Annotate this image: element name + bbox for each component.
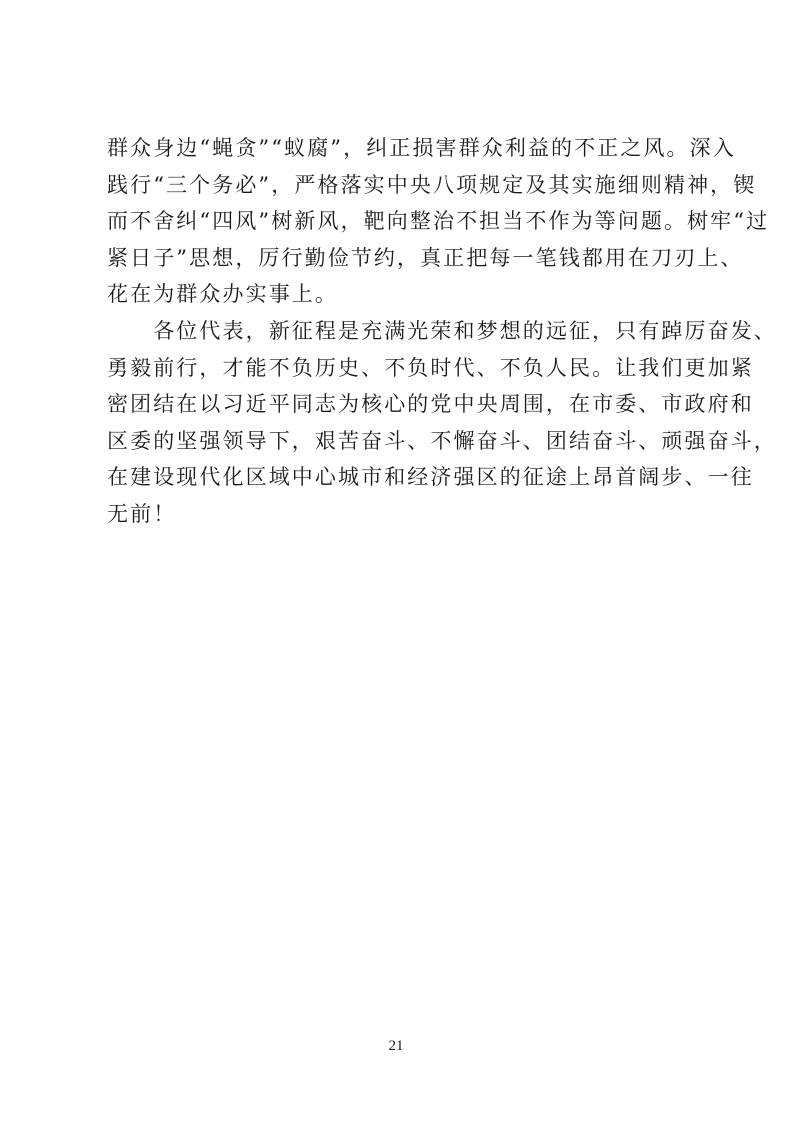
text-line: 密团结在以习近平同志为核心的党中央周围，在市委、市政府和 (107, 386, 697, 423)
text-line: 而不舍纠“四风”树新风，靶向整治不担当不作为等问题。树牢“过 (107, 203, 697, 240)
text-line: 区委的坚强领导下，艰苦奋斗、不懈奋斗、团结奋斗、顽强奋斗， (107, 423, 697, 460)
text-line: 群众身边“蝇贪”“蚁腐”，纠正损害群众利益的不正之风。深入 (107, 130, 697, 167)
body-text: 群众身边“蝇贪”“蚁腐”，纠正损害群众利益的不正之风。深入 践行“三个务必”，严… (107, 130, 697, 533)
text-line: 在建设现代化区域中心城市和经济强区的征途上昂首阔步、一往 (107, 459, 697, 496)
text-line: 践行“三个务必”，严格落实中央八项规定及其实施细则精神，锲 (107, 167, 697, 204)
text-line: 紧日子”思想，厉行勤俭节约，真正把每一笔钱都用在刀刃上、 (107, 240, 697, 277)
page-number: 21 (0, 1038, 792, 1055)
paragraph-2: 各位代表，新征程是充满光荣和梦想的远征，只有踔厉奋发、 勇毅前行，才能不负历史、… (107, 313, 697, 533)
text-line: 勇毅前行，才能不负历史、不负时代、不负人民。让我们更加紧 (107, 350, 697, 387)
text-line: 各位代表，新征程是充满光荣和梦想的远征，只有踔厉奋发、 (107, 313, 697, 350)
text-line: 无前！ (107, 496, 697, 533)
paragraph-1: 群众身边“蝇贪”“蚁腐”，纠正损害群众利益的不正之风。深入 践行“三个务必”，严… (107, 130, 697, 313)
text-line: 花在为群众办实事上。 (107, 276, 697, 313)
document-page: 群众身边“蝇贪”“蚁腐”，纠正损害群众利益的不正之风。深入 践行“三个务必”，严… (0, 0, 792, 1121)
